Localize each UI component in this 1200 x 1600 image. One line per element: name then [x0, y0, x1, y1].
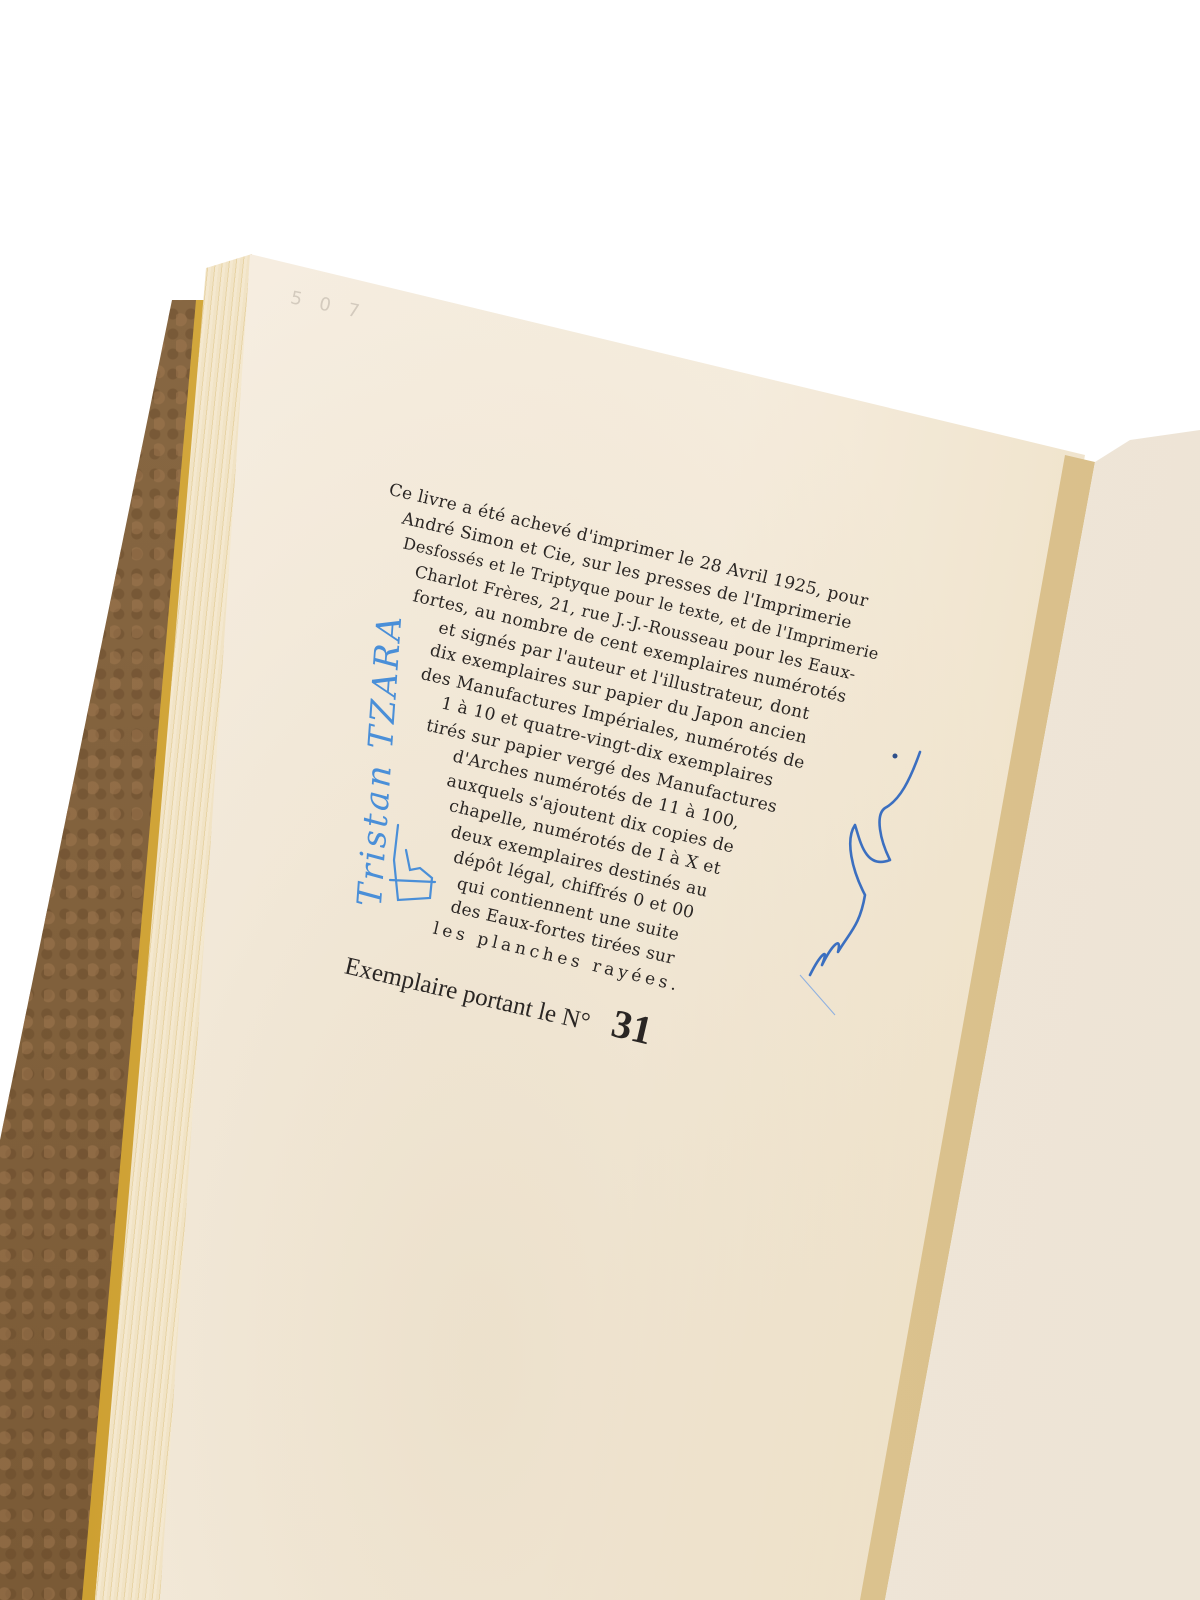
book-photo: 5 0 7 Ce livre a été achevé d'imprimer l…: [0, 0, 1200, 1600]
man-ray-signature-icon: [760, 720, 940, 1020]
handwritten-flourish-icon: [380, 820, 450, 920]
